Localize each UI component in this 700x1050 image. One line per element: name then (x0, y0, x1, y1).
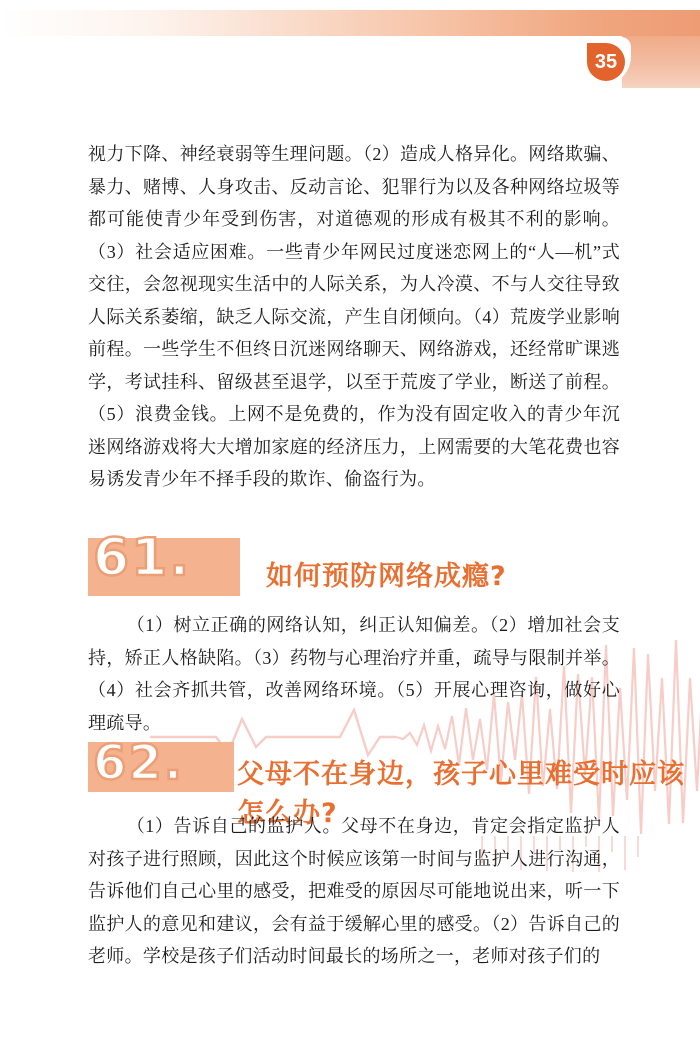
page-number-drop: 35 (587, 43, 625, 81)
question-62-number: 62. (93, 733, 239, 793)
answer-62-paragraph: （1）告诉自己的监护人。父母不在身边，肯定会指定监护人对孩子进行照顾，因此这个时… (88, 810, 620, 973)
question-61-number: 61. (93, 528, 245, 588)
header-corner-block (622, 36, 700, 88)
book-page: 35 视力下降、神经衰弱等生理问题。（2）造成人格异化。网络欺骗、暴力、赌博、人… (0, 0, 700, 1050)
intro-paragraph: 视力下降、神经衰弱等生理问题。（2）造成人格异化。网络欺骗、暴力、赌博、人身攻击… (88, 138, 620, 496)
answer-61-paragraph: （1）树立正确的网络认知，纠正认知偏差。（2）增加社会支持，矫正人格缺陷。（3）… (88, 609, 620, 739)
question-61-title: 如何预防网络成瘾? (266, 554, 507, 593)
question-62-number-box: 62. (88, 742, 234, 792)
page-number: 35 (595, 51, 617, 74)
question-61-number-box: 61. (88, 538, 240, 596)
header-gradient-band (0, 10, 700, 36)
